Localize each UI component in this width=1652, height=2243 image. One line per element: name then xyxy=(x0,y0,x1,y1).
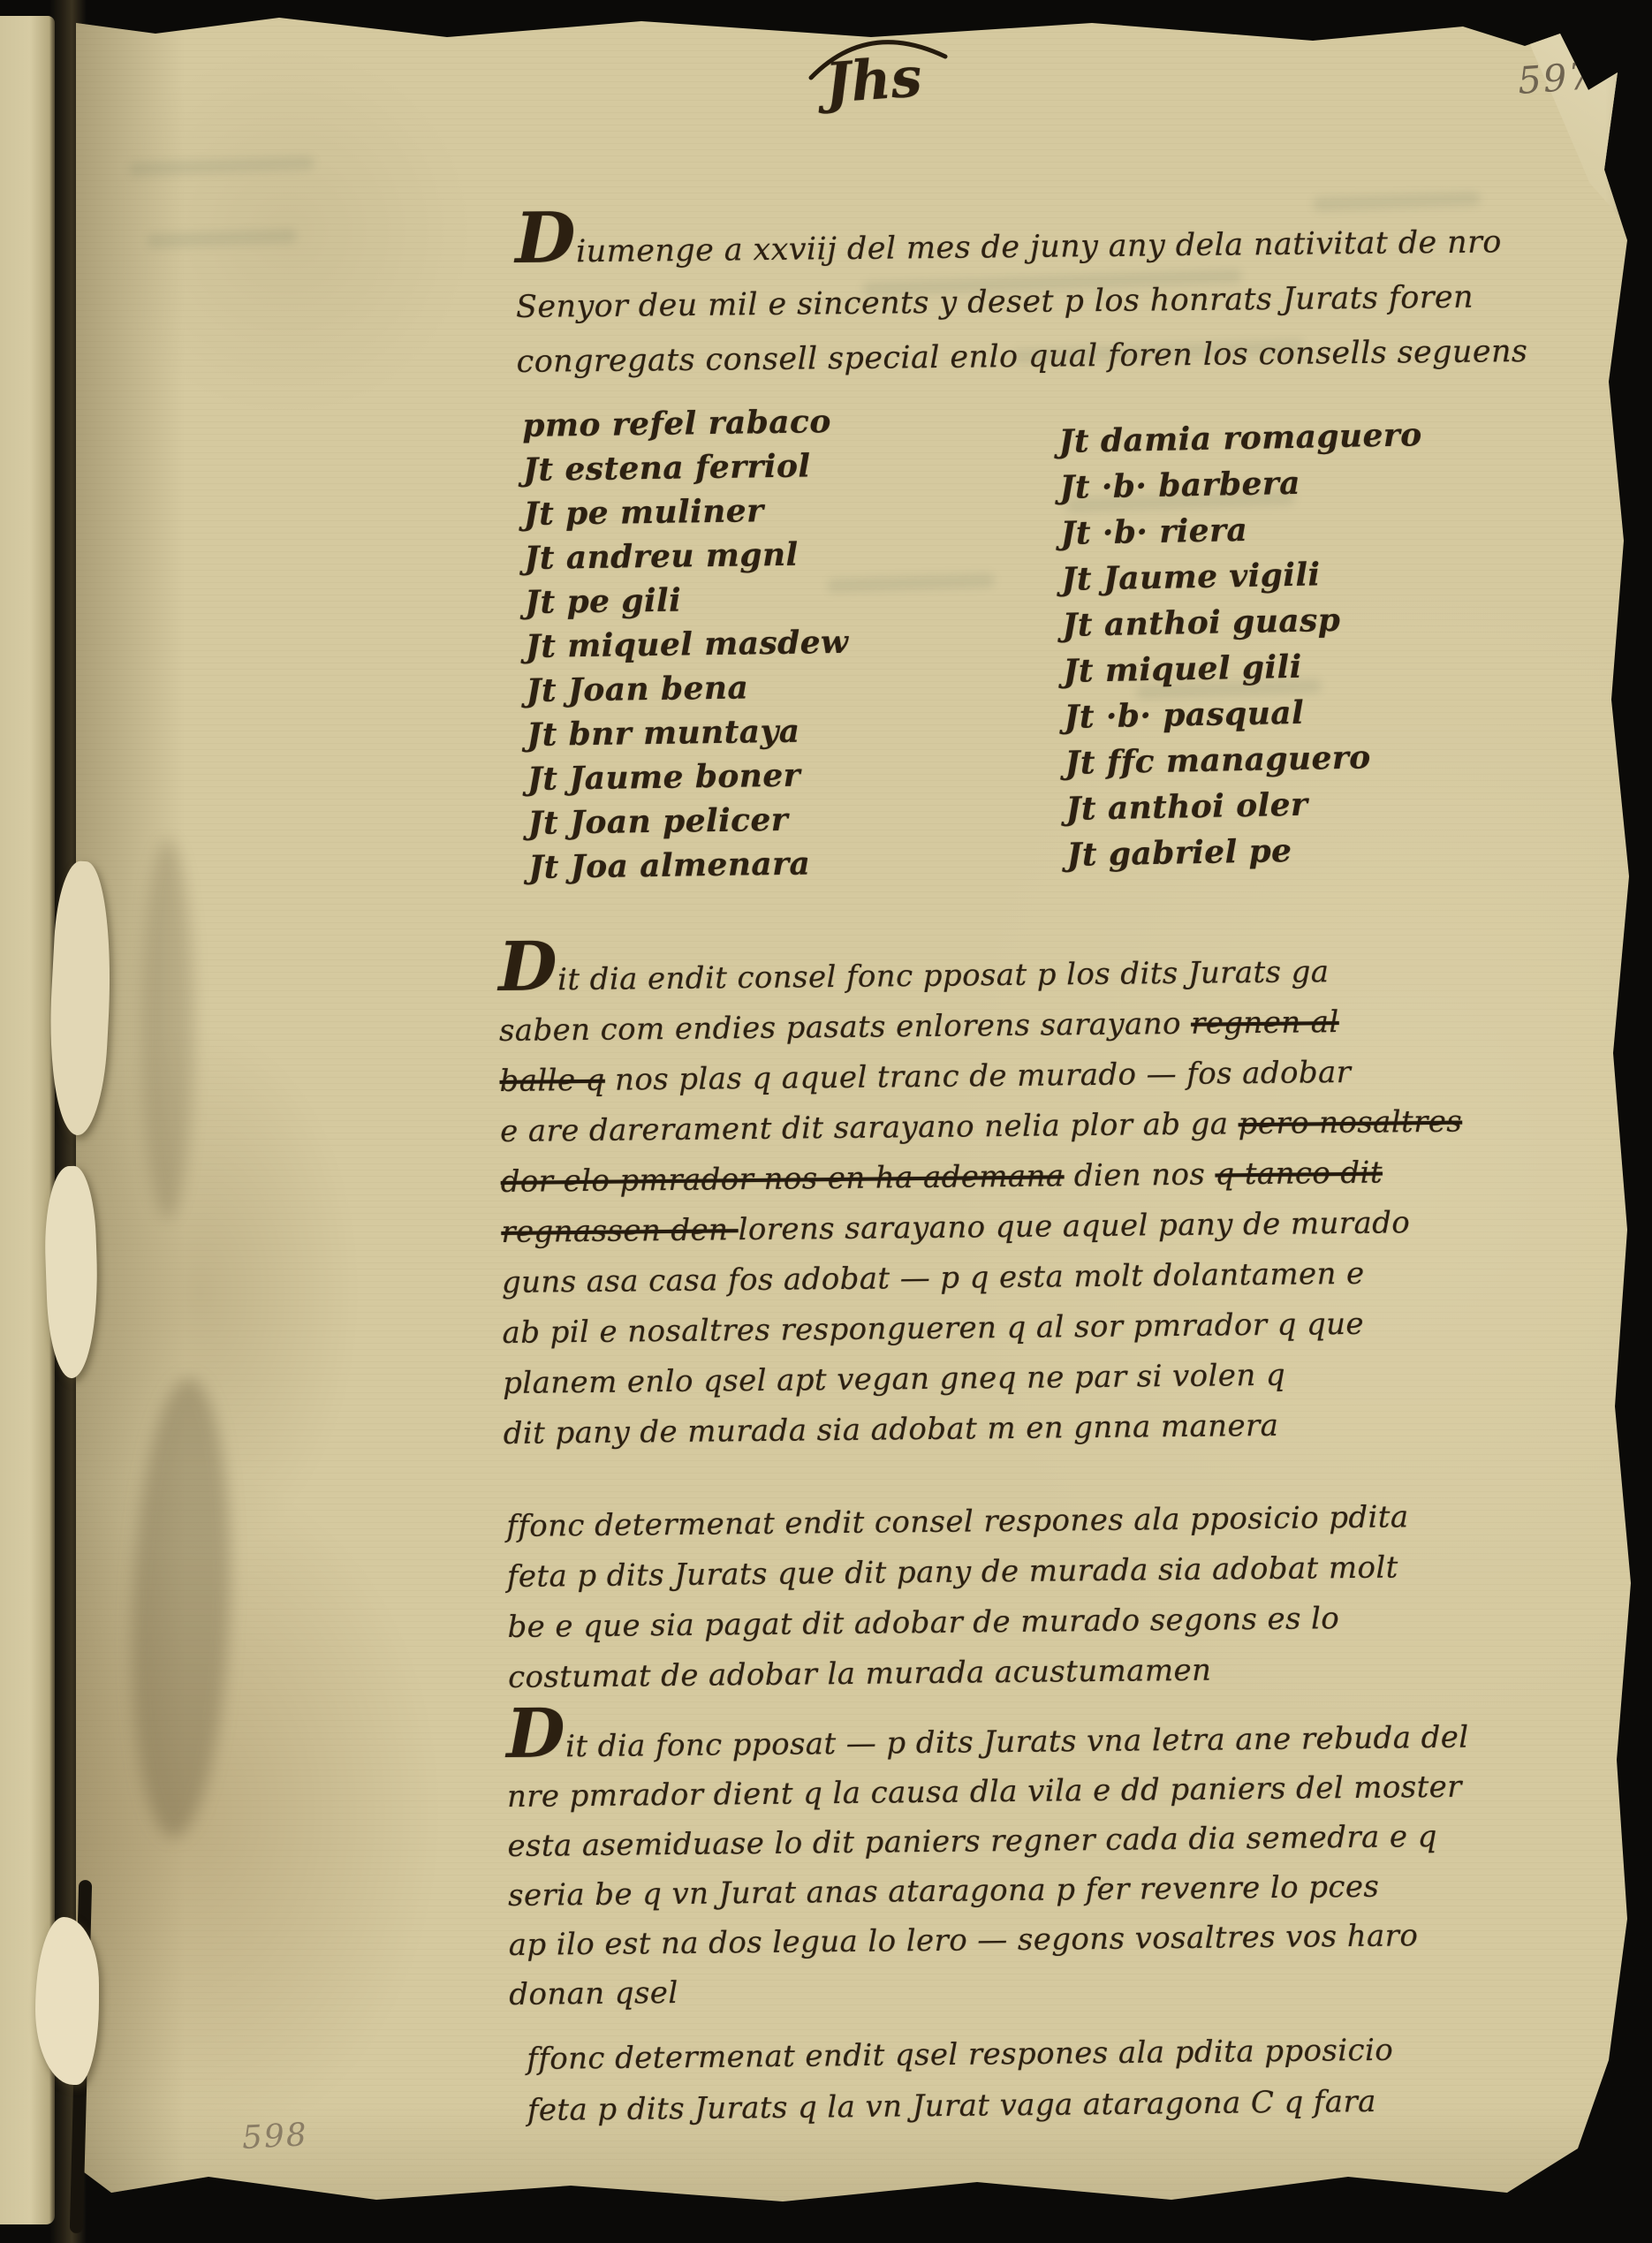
text-segment: saben com endies pasats enlorens sarayan… xyxy=(499,1006,1192,1049)
manuscript-scan: Jhs 597 598 Diumenge a xxviij del mes de… xyxy=(0,0,1652,2243)
text-segment: Dit dia fonc pposat — p dits Jurats vna … xyxy=(506,1720,1469,1765)
paragraph-tarragona-proposal: Dit dia fonc pposat — p dits Jurats vna … xyxy=(506,1706,1472,2019)
text-line: feta p dits Jurats q la vn Jurat vaga at… xyxy=(527,2076,1394,2136)
council-member-name: Jt ffc managuero xyxy=(1065,733,1428,786)
text-line: donan qsel xyxy=(509,1960,1472,2019)
council-member-name: Jt Jaume vigili xyxy=(1061,549,1425,602)
text-line: Dit dia fonc pposat — p dits Jurats vna … xyxy=(506,1706,1469,1772)
text-segment: planem enlo qsel apt vegan gneq ne par s… xyxy=(503,1358,1285,1401)
council-member-name: Jt Joan pelicer xyxy=(527,797,851,845)
struck-text-segment: dor elo pmrador nos en ha ademana xyxy=(501,1158,1065,1200)
council-member-name: Jt andreu mgnl xyxy=(524,532,847,580)
council-member-name: Jt ·b· pasqual xyxy=(1064,687,1428,740)
council-member-name: Jt estena ferriol xyxy=(523,443,846,492)
council-member-name: Jt Joan bena xyxy=(526,664,849,713)
council-list-right: Jt damia romagueroJt ·b· barberaJt ·b· r… xyxy=(1058,412,1430,878)
text-line: be e que sia pagat dit adobar de murado … xyxy=(507,1593,1410,1653)
text-segment: seria be q vn Jurat anas ataragona p fer… xyxy=(508,1869,1380,1913)
struck-text-segment: q tanco dit xyxy=(1215,1156,1383,1193)
text-line: ab pil e nosaltres respongueren q al sor… xyxy=(502,1299,1465,1359)
folio-number-bottom: 598 xyxy=(241,2117,309,2156)
text-segment: be e que sia pagat dit adobar de murado … xyxy=(507,1601,1339,1645)
council-member-name: Jt anthoi oler xyxy=(1065,779,1429,832)
text-segment: esta asemiduase lo dit paniers regner ca… xyxy=(507,1819,1437,1864)
council-member-name: pmo refel rabaco xyxy=(522,399,845,448)
text-segment: dien nos xyxy=(1064,1157,1215,1194)
ink-bleedthrough xyxy=(129,155,314,176)
torn-corner xyxy=(1489,11,1633,231)
date-paragraph: Diumenge a xxviij del mes de juny any de… xyxy=(515,208,1528,390)
council-member-name: Jt ·b· barbera xyxy=(1059,458,1423,511)
council-member-name: Jt pe muliner xyxy=(523,488,846,536)
council-member-name: Jt miquel gili xyxy=(1063,641,1427,694)
text-segment: nos plas q aquel tranc de murado — fos a… xyxy=(605,1055,1352,1098)
text-segment: feta p dits Jurats q la vn Jurat vaga at… xyxy=(527,2084,1376,2128)
text-segment: lorens sarayano que aquel pany de murado xyxy=(738,1205,1410,1247)
struck-text-segment: regnassen den xyxy=(501,1212,739,1250)
manuscript-page: Jhs 597 598 Diumenge a xxviij del mes de… xyxy=(76,11,1633,2216)
text-line: feta p dits Jurats que dit pany de murad… xyxy=(507,1542,1410,1603)
council-member-name: Jt pe gili xyxy=(525,576,848,625)
struck-text-segment: regnen al xyxy=(1191,1004,1339,1042)
text-segment: ab pil e nosaltres respongueren q al sor… xyxy=(502,1307,1364,1351)
ihs-monogram: Jhs xyxy=(823,44,924,115)
text-line: ffonc determenat endit consel respones a… xyxy=(506,1492,1409,1552)
council-member-name: Jt anthoi guasp xyxy=(1062,595,1426,648)
text-segment: costumat de adobar la murada acustumamen xyxy=(508,1653,1212,1695)
council-member-name: Jt damia romaguero xyxy=(1058,412,1422,465)
ink-bleedthrough xyxy=(827,573,995,594)
text-segment: ffonc determenat endit consel respones a… xyxy=(506,1499,1409,1544)
council-member-name: Jt bnr muntaya xyxy=(527,709,850,757)
council-member-name: Jt Joa almenara xyxy=(528,841,852,890)
council-list-left: pmo refel rabacoJt estena ferriolJt pe m… xyxy=(522,399,852,890)
paragraph-tarragona-resolution: ffonc determenat endit qsel respones ala… xyxy=(527,2025,1394,2136)
text-line: dit pany de murada sia adobat m en gnna … xyxy=(503,1399,1466,1459)
paragraph-murada-resolution: ffonc determenat endit consel respones a… xyxy=(506,1492,1411,1703)
text-line: Dit dia endit consel fonc pposat p los d… xyxy=(498,939,1461,1006)
text-segment: nre pmrador dient q la causa dla vila e … xyxy=(507,1769,1462,1815)
torn-paper-flap xyxy=(35,1917,99,2085)
struck-text-segment: pero nosaltres xyxy=(1238,1104,1462,1142)
text-segment: dit pany de murada sia adobat m en gnna … xyxy=(504,1408,1279,1451)
council-member-name: Jt Jaume boner xyxy=(527,753,851,801)
text-line: congregats consell special enlo qual for… xyxy=(516,324,1527,390)
text-segment: e are darerament dit sarayano nelia plor… xyxy=(500,1106,1239,1149)
struck-text-segment: balle q xyxy=(499,1063,605,1099)
text-line: costumat de adobar la murada acustumamen xyxy=(508,1643,1411,1703)
previous-page-edge xyxy=(0,16,55,2224)
council-member-name: Jt ·b· riera xyxy=(1060,504,1424,557)
text-line: ffonc determenat endit qsel respones ala… xyxy=(527,2025,1393,2085)
fold-shadow xyxy=(141,839,194,1219)
council-member-name: Jt gabriel pe xyxy=(1066,825,1430,878)
text-segment: ap ilo est na dos legua lo lero — segons… xyxy=(509,1918,1419,1963)
folio-number-top: 597 xyxy=(1516,54,1595,102)
text-segment: Dit dia endit consel fonc pposat p los d… xyxy=(498,954,1329,998)
paragraph-murada-proposal: Dit dia endit consel fonc pposat p los d… xyxy=(498,939,1466,1459)
text-segment: ffonc determenat endit qsel respones ala… xyxy=(527,2033,1393,2077)
council-member-name: Jt miquel masdew xyxy=(525,620,848,669)
text-segment: guns asa casa fos adobat — p q esta molt… xyxy=(502,1256,1365,1300)
text-segment: donan qsel xyxy=(509,1975,678,2012)
text-line: ap ilo est na dos legua lo lero — segons… xyxy=(508,1911,1471,1970)
ink-bleedthrough xyxy=(147,229,297,248)
text-line: Diumenge a xxviij del mes de juny any de… xyxy=(515,208,1527,280)
text-segment: feta p dits Jurats que dit pany de murad… xyxy=(507,1550,1398,1595)
